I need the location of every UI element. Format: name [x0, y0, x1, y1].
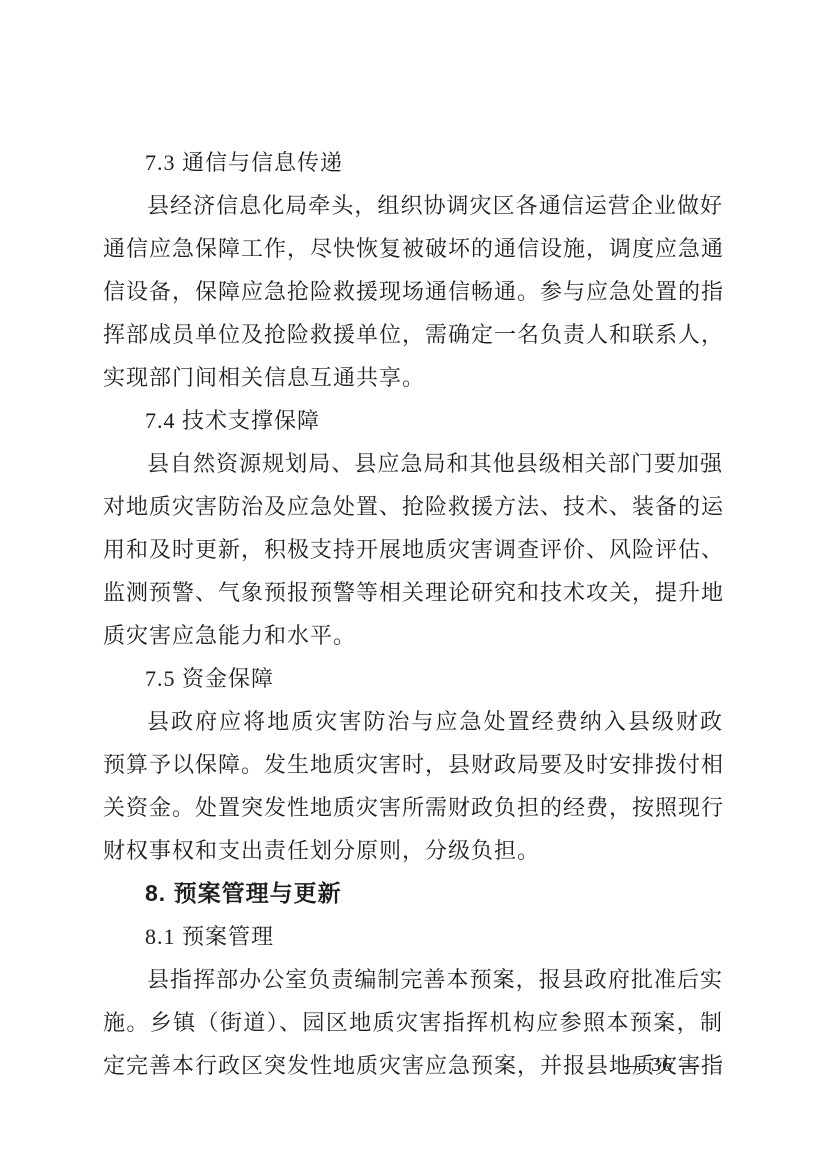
paragraph-line: 监测预警、气象预报预警等相关理论研究和技术攻关，提升地 — [103, 571, 723, 614]
subsection-heading: 7.4 技术支撑保障 — [103, 399, 723, 442]
subsection-heading: 7.3 通信与信息传递 — [103, 141, 723, 184]
paragraph-line: 信设备，保障应急抢险救援现场通信畅通。参与应急处置的指 — [103, 270, 723, 313]
paragraph-line: 挥部成员单位及抢险救援单位，需确定一名负责人和联系人， — [103, 313, 723, 356]
paragraph-line: 通信应急保障工作，尽快恢复被破坏的通信设施，调度应急通 — [103, 227, 723, 270]
subsection-heading: 7.5 资金保障 — [103, 657, 723, 700]
paragraph-line: 县指挥部办公室负责编制完善本预案，报县政府批准后实 — [103, 958, 723, 1001]
document-content: 7.3 通信与信息传递县经济信息化局牵头，组织协调灾区各通信运营企业做好通信应急… — [103, 141, 723, 1087]
paragraph-line: 关资金。处置突发性地质灾害所需财政负担的经费，按照现行 — [103, 786, 723, 829]
subsection-heading: 8.1 预案管理 — [103, 915, 723, 958]
paragraph-line: 对地质灾害防治及应急处置、抢险救援方法、技术、装备的运 — [103, 485, 723, 528]
paragraph-line: 施。乡镇（街道）、园区地质灾害指挥机构应参照本预案，制 — [103, 1001, 723, 1044]
page-number: — 36 — — [624, 1050, 700, 1080]
paragraph-line: 县政府应将地质灾害防治与应急处置经费纳入县级财政 — [103, 700, 723, 743]
paragraph-line: 财权事权和支出责任划分原则，分级负担。 — [103, 829, 723, 872]
paragraph-line: 质灾害应急能力和水平。 — [103, 614, 723, 657]
document-page: 7.3 通信与信息传递县经济信息化局牵头，组织协调灾区各通信运营企业做好通信应急… — [0, 0, 826, 1168]
paragraph-line: 用和及时更新，积极支持开展地质灾害调查评价、风险评估、 — [103, 528, 723, 571]
paragraph-line: 县经济信息化局牵头，组织协调灾区各通信运营企业做好 — [103, 184, 723, 227]
paragraph-line: 预算予以保障。发生地质灾害时，县财政局要及时安排拨付相 — [103, 743, 723, 786]
paragraph-line: 实现部门间相关信息互通共享。 — [103, 356, 723, 399]
section-heading: 8. 预案管理与更新 — [103, 872, 723, 915]
paragraph-line: 县自然资源规划局、县应急局和其他县级相关部门要加强 — [103, 442, 723, 485]
